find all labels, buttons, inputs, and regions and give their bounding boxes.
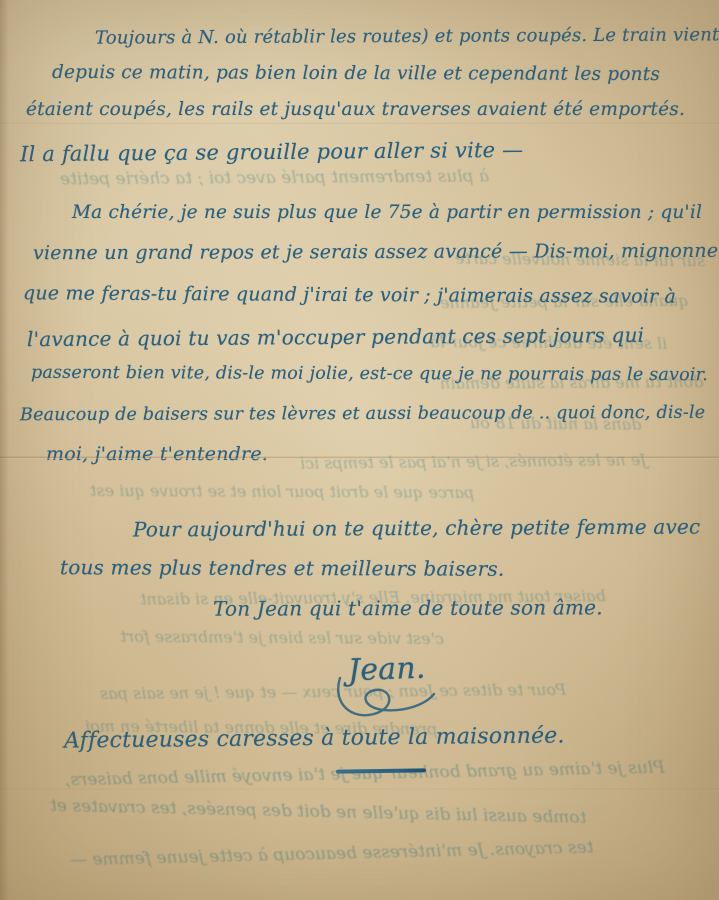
bleed-through-line: tes crayons. Je m'intéresse beaucoup à c…: [70, 838, 594, 871]
signature: Jean.: [347, 651, 426, 689]
fold-crease-faint: [0, 122, 719, 125]
letter-line: Ton Jean qui t'aime de toute son âme.: [213, 595, 603, 620]
bleed-through-line: Pour te dites ce Jean ; pour ceux — et q…: [100, 680, 566, 703]
letter-line: l'avance à quoi tu vas m'occuper pendant…: [27, 323, 644, 351]
letter-line: tous mes plus tendres et meilleurs baise…: [60, 555, 504, 581]
scan-edge-shadow: [0, 0, 9, 900]
letter-page: à plus tendrement parlé avec toi ; ta ch…: [0, 0, 719, 900]
bleed-through-line: c'est vide sur les bien je t'embrasse fo…: [120, 627, 444, 648]
letter-line: Beaucoup de baisers sur tes lèvres et au…: [20, 403, 705, 425]
letter-line: Il a fallu que ça se grouille pour aller…: [20, 138, 524, 166]
letter-line: depuis ce matin, pas bien loin de la vil…: [52, 62, 660, 85]
bleed-through-line: tombe aussi lui dis qu'elle ne doit des …: [50, 796, 587, 828]
bleed-through-line: Je ne les étonnés, si je n'ai pas le tem…: [300, 450, 647, 473]
letter-line: Toujours à N. où rétablir les routes) et…: [95, 24, 719, 48]
letter-line: étaient coupés, les rails et jusqu'aux t…: [26, 99, 685, 120]
letter-line: vienne un grand repos et je serais assez…: [33, 240, 719, 264]
bleed-through-line: Plus je t'aime au grand bonheur que je t…: [65, 758, 665, 791]
letter-line: passeront bien vite, dis-le moi jolie, e…: [31, 363, 708, 385]
letter-line: moi, j'aime t'entendre.: [46, 443, 268, 465]
letter-line: Pour aujourd'hui on te quitte, chère pet…: [133, 515, 701, 542]
letter-line: Ma chérie, je ne suis plus que le 75e à …: [72, 202, 702, 223]
bleed-through-line: à plus tendrement parlé avec toi ; ta ch…: [60, 167, 489, 190]
bleed-through-line: parce que le droit pour loin et se trouv…: [90, 481, 474, 502]
postscript-line: Affectueuses caresses à toute la maisonn…: [64, 723, 565, 753]
letter-line: que me feras-tu faire quand j'irai te vo…: [23, 282, 676, 307]
